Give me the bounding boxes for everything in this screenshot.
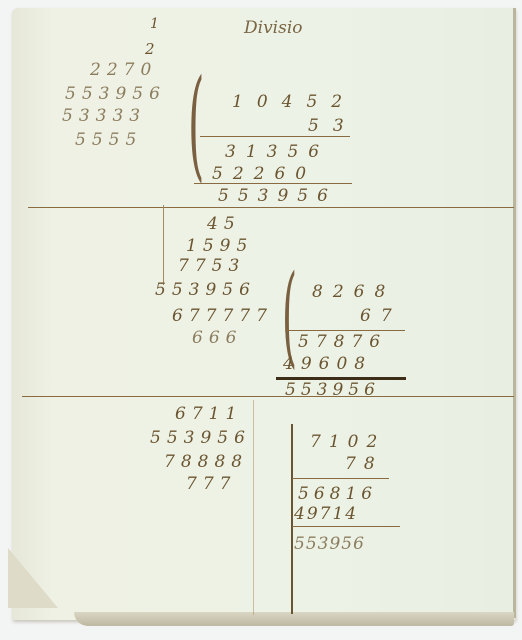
scratch-line: 6711	[175, 404, 242, 424]
scratch-line: 53333	[62, 106, 146, 126]
scratch-line: 777	[186, 474, 236, 494]
page-title: Divisio	[244, 18, 303, 38]
scratch-line: 2270	[90, 60, 157, 80]
page-bottom-fold	[74, 612, 514, 626]
partial-product: 49608	[283, 354, 372, 374]
page-binding	[513, 8, 516, 618]
partial-product: 49714	[294, 504, 358, 524]
scratch-line: 553956	[155, 280, 256, 300]
sum-line	[292, 526, 400, 527]
partial-product: 31356	[225, 142, 329, 162]
scratch-line: 666	[192, 328, 242, 348]
divisor: 78	[345, 454, 383, 474]
partial-product: 56816	[298, 484, 377, 504]
divisor: 67	[360, 306, 402, 326]
scratch-line: 1595	[186, 236, 253, 256]
scratch-line: 553956	[65, 84, 166, 104]
section-divider	[22, 396, 514, 397]
scratch-line: 5555	[75, 130, 142, 150]
product-line	[200, 136, 350, 137]
divisor: 53	[308, 116, 358, 136]
division-bracket	[291, 424, 293, 614]
scratch-line: 677777	[172, 306, 273, 326]
sum-line	[194, 183, 352, 184]
product-line	[285, 330, 405, 331]
scratch-line: 553956	[150, 428, 251, 448]
scratch-line: 78888	[164, 452, 248, 472]
quotient: 8268	[312, 282, 395, 302]
dividend-check: 553956	[285, 380, 380, 400]
quotient: 7102	[310, 432, 385, 452]
margin-line	[163, 205, 164, 285]
margin-line	[253, 400, 254, 615]
scratch-line: 2	[145, 40, 161, 58]
scratch-line: 45	[207, 214, 241, 234]
product-line	[292, 478, 389, 479]
scratch-line: 7753	[178, 256, 245, 276]
quotient: 10452	[232, 92, 356, 112]
section-divider	[28, 207, 514, 208]
partial-product: 57876	[298, 332, 387, 352]
dividend-check: 553956	[218, 186, 337, 206]
dividend-check: 553956	[294, 534, 365, 554]
division-bracket: (	[188, 60, 204, 190]
scratch-line: 1	[150, 16, 165, 32]
partial-product: 52260	[212, 164, 316, 184]
